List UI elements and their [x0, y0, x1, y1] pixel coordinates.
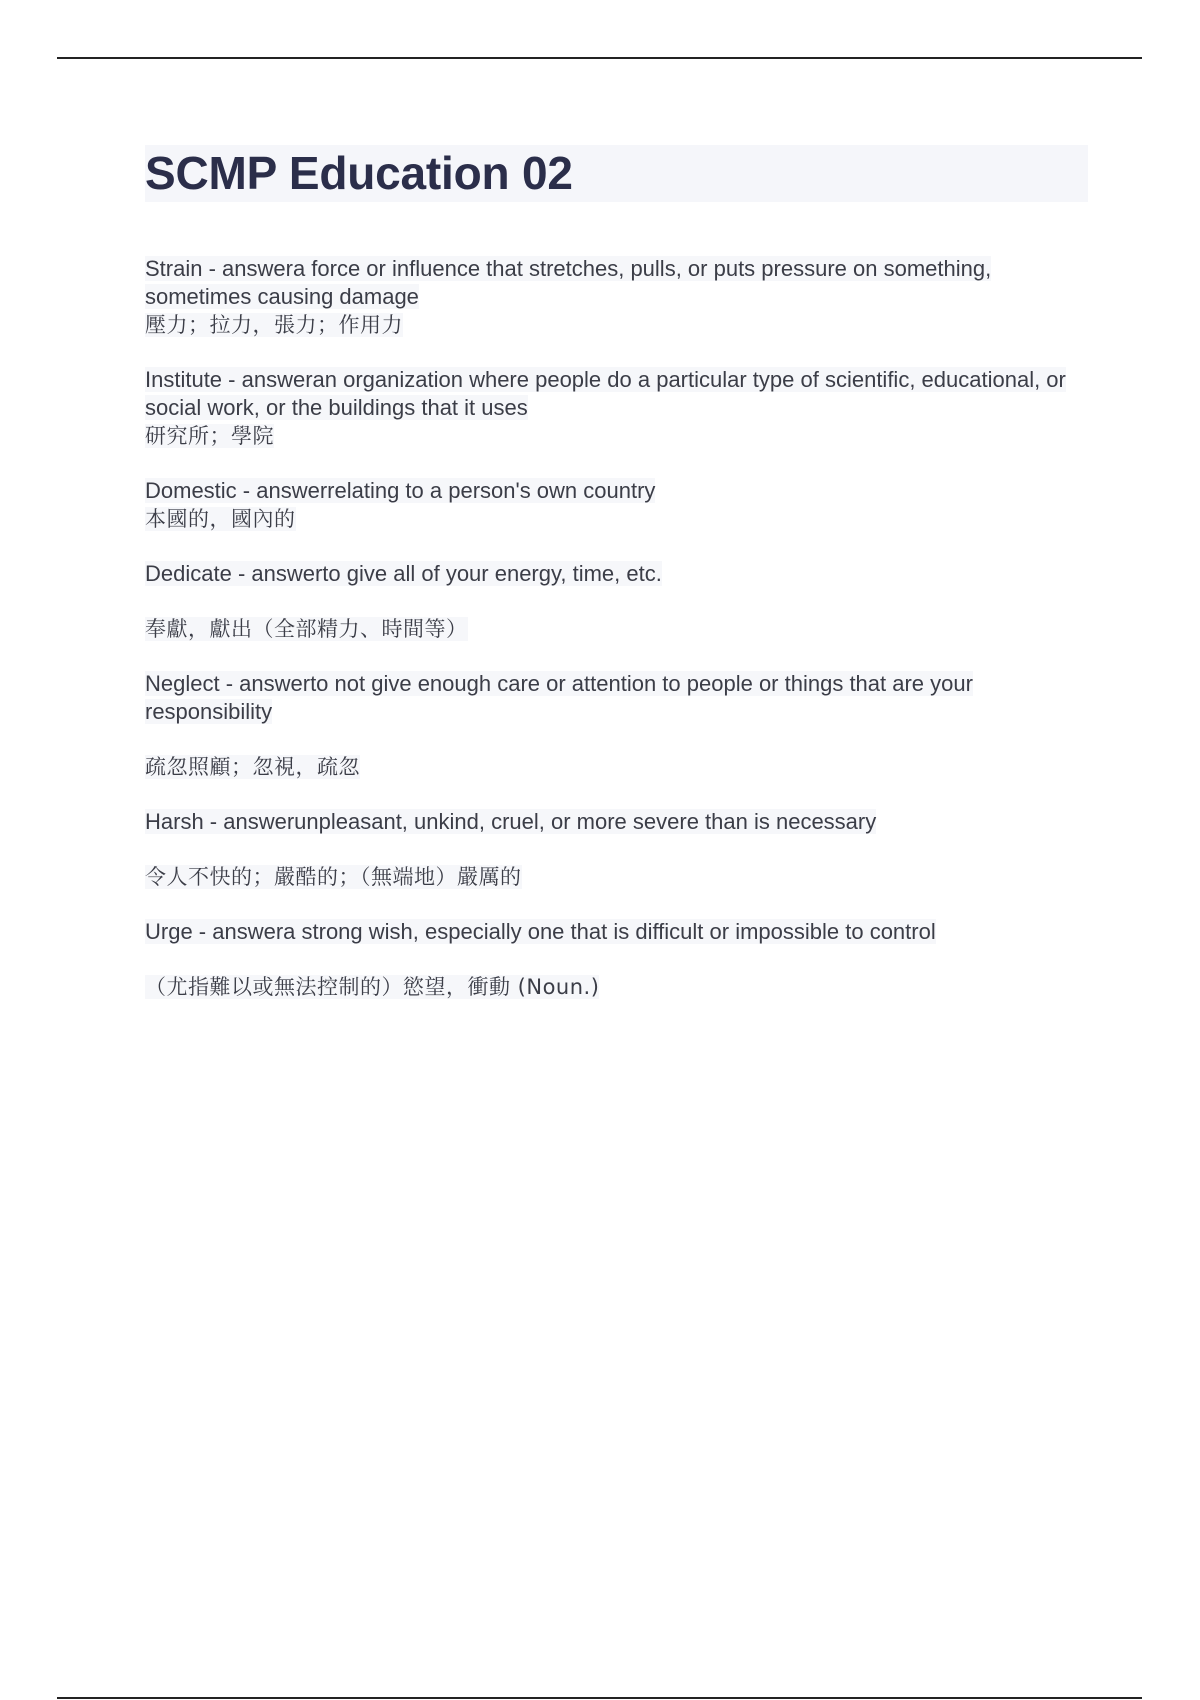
definition-text: Harsh - answerunpleasant, unkind, cruel,…: [145, 808, 1085, 836]
vocab-entry-strain: Strain - answera force or influence that…: [145, 255, 1085, 339]
translation-text: 壓力；拉力，張力；作用力: [145, 311, 1085, 339]
vocab-entry-harsh: Harsh - answerunpleasant, unkind, cruel,…: [145, 808, 1085, 891]
bottom-horizontal-rule: [57, 1697, 1142, 1699]
translation-text: 研究所；學院: [145, 422, 1085, 450]
translation-text: 令人不快的；嚴酷的；（無端地）嚴厲的: [145, 863, 1085, 891]
vocab-entry-dedicate: Dedicate - answerto give all of your ene…: [145, 560, 1085, 643]
vocab-entry-urge: Urge - answera strong wish, especially o…: [145, 918, 1085, 1001]
definition-text: Dedicate - answerto give all of your ene…: [145, 560, 1085, 588]
vocab-entry-domestic: Domestic - answerrelating to a person's …: [145, 477, 1085, 533]
definition-text: Urge - answera strong wish, especially o…: [145, 918, 1085, 946]
translation-text: 本國的，國內的: [145, 505, 1085, 533]
vocab-entry-neglect: Neglect - answerto not give enough care …: [145, 670, 1085, 781]
translation-text: 疏忽照顧；忽視，疏忽: [145, 753, 1085, 781]
translation-text: （尤指難以或無法控制的）慾望，衝動 (Noun.): [145, 973, 1085, 1001]
top-horizontal-rule: [57, 57, 1142, 59]
translation-text: 奉獻，獻出（全部精力、時間等）: [145, 615, 1085, 643]
vocab-entry-institute: Institute - answeran organization where …: [145, 366, 1085, 450]
definition-text: Neglect - answerto not give enough care …: [145, 670, 1085, 726]
document-title: SCMP Education 02: [145, 145, 573, 202]
definition-text: Strain - answera force or influence that…: [145, 255, 1085, 311]
vocabulary-list: Strain - answera force or influence that…: [145, 255, 1085, 1028]
definition-text: Domestic - answerrelating to a person's …: [145, 477, 1085, 505]
definition-text: Institute - answeran organization where …: [145, 366, 1085, 422]
